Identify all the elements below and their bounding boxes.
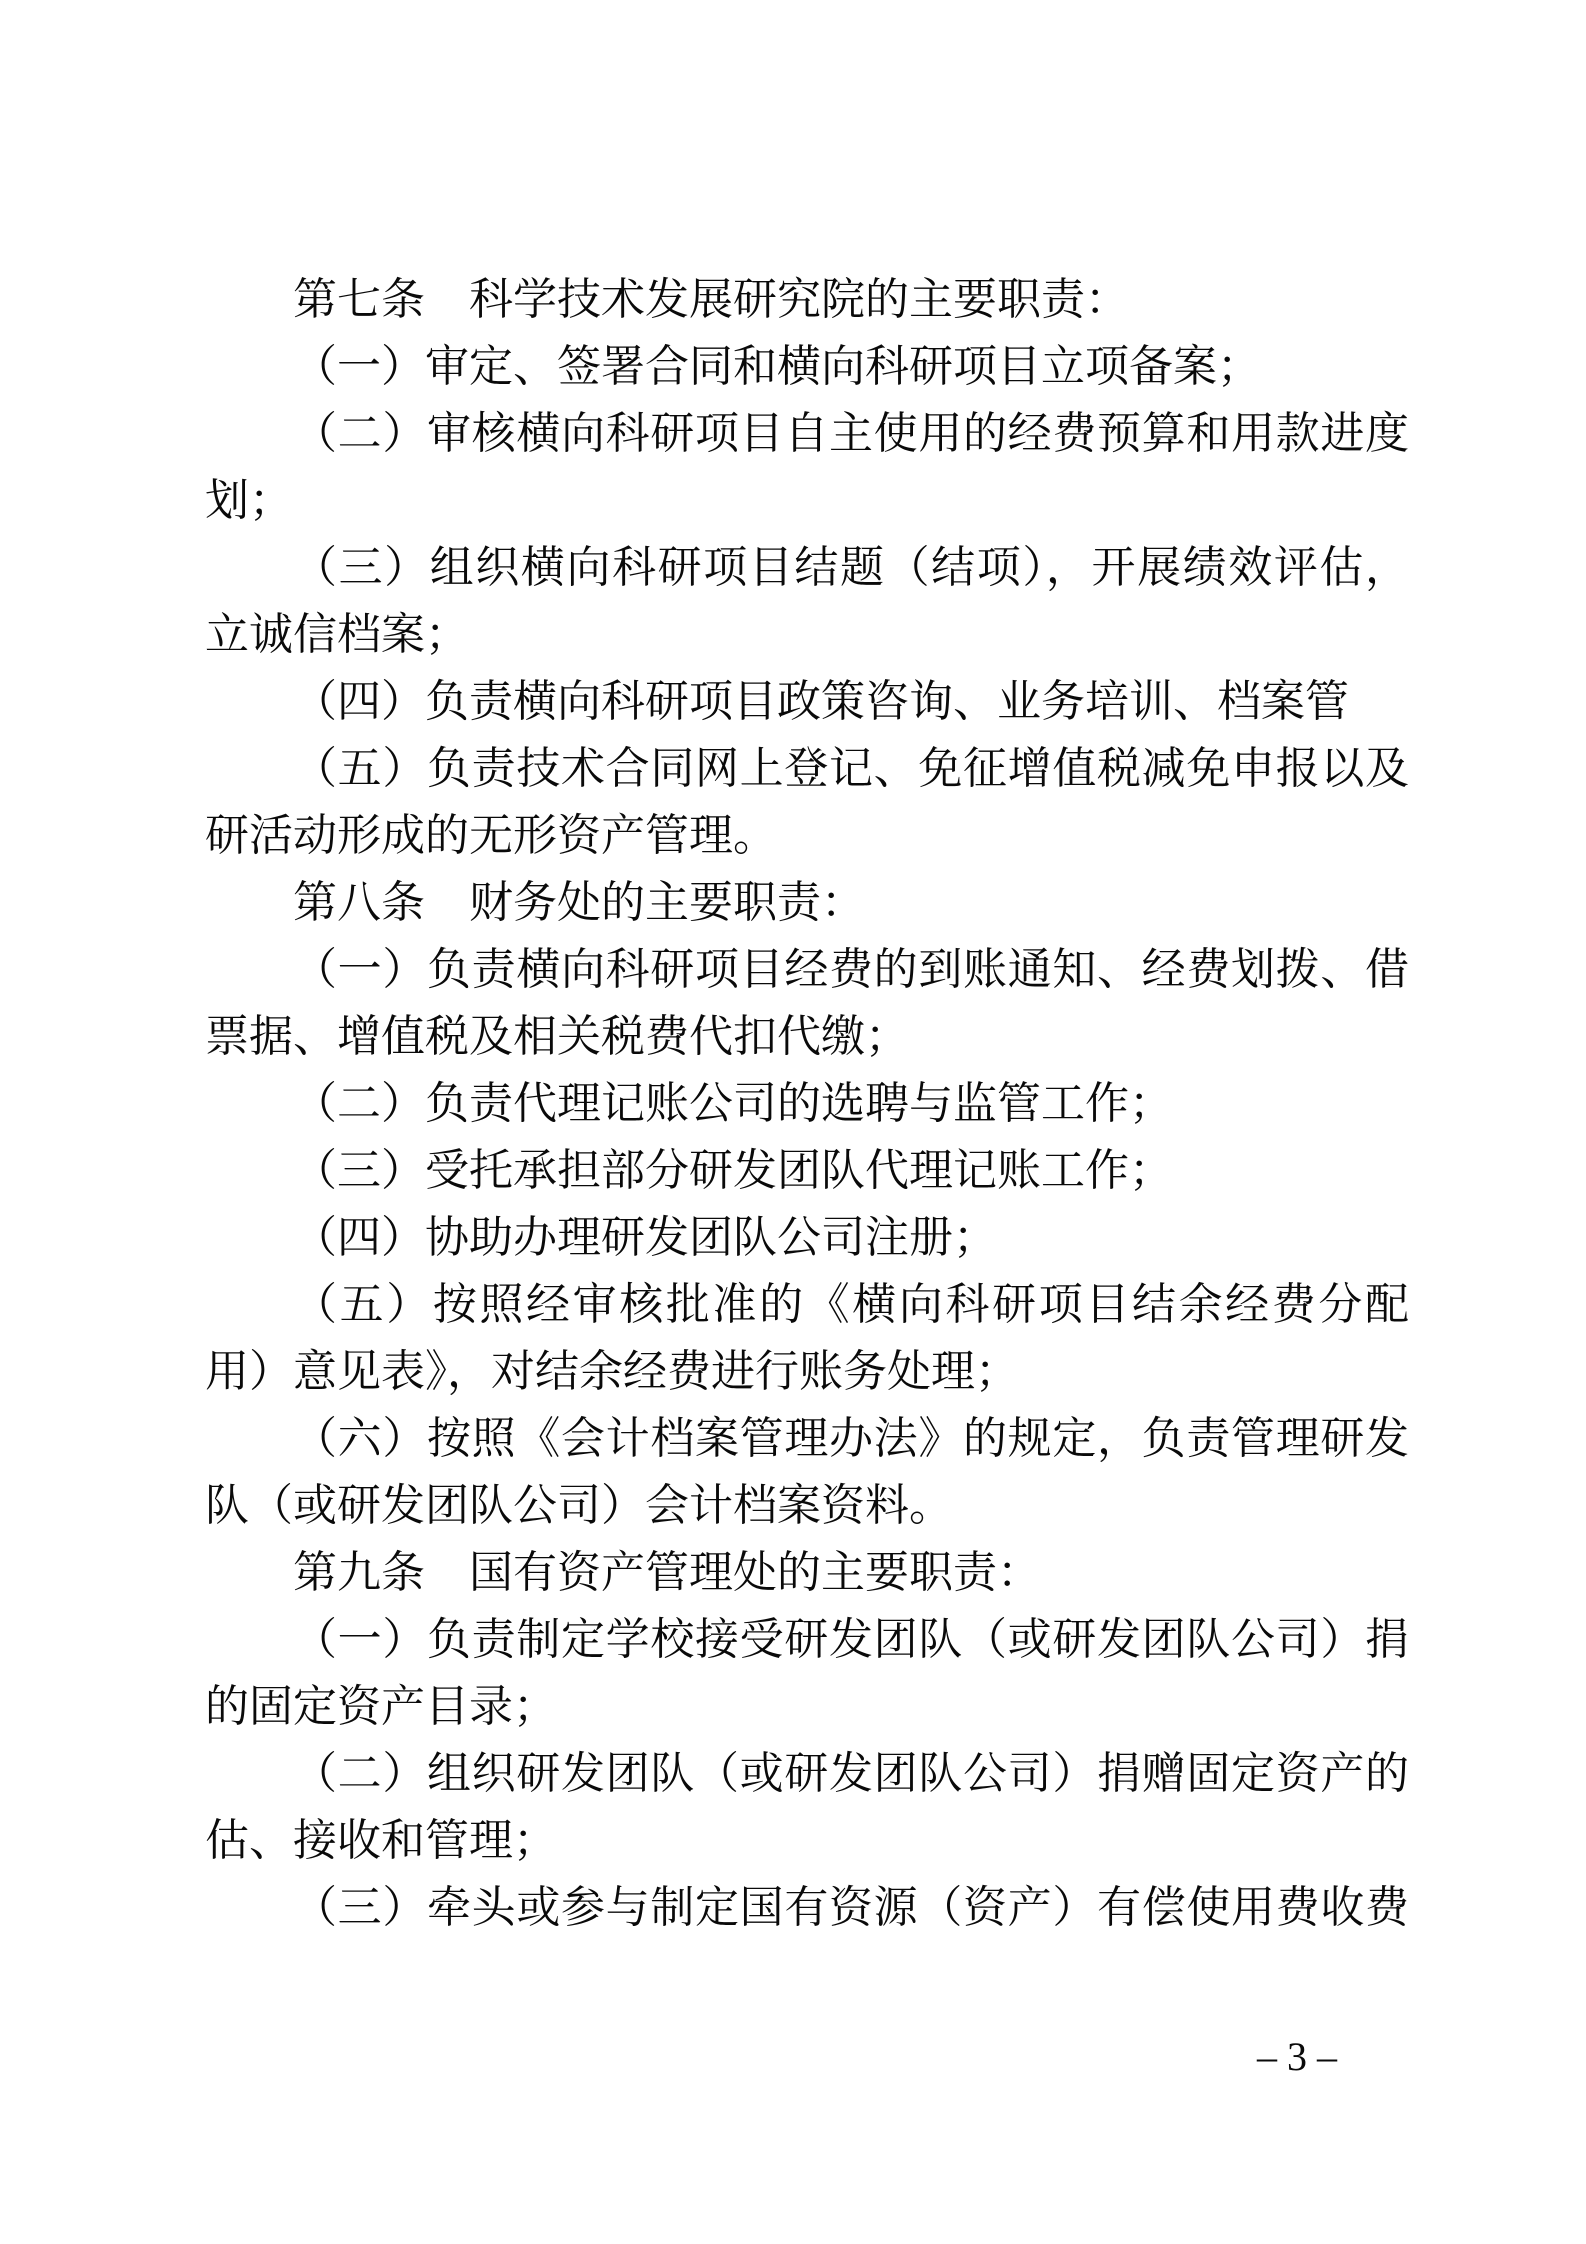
text-line: 票据、增值税及相关税费代扣代缴； <box>205 1003 1409 1070</box>
text-line: （二）审核横向科研项目自主使用的经费预算和用款进度计 <box>205 400 1409 467</box>
text-line: （五）负责技术合同网上登记、免征增值税减免申报以及科 <box>205 735 1409 802</box>
text-line-article9-heading: 第九条 国有资产管理处的主要职责： <box>205 1539 1409 1606</box>
text-line: 立诚信档案； <box>205 601 1409 668</box>
text-line: （二）组织研发团队（或研发团队公司）捐赠固定资产的评 <box>205 1740 1409 1807</box>
text-line: （二）负责代理记账公司的选聘与监管工作； <box>205 1070 1409 1137</box>
text-line: （三）受托承担部分研发团队代理记账工作； <box>205 1137 1409 1204</box>
text-line: （三）牵头或参与制定国有资源（资产）有偿使用费收费标 <box>205 1874 1409 1941</box>
document-page: 第七条 科学技术发展研究院的主要职责： （一）审定、签署合同和横向科研项目立项备… <box>0 0 1586 2244</box>
text-line: （一）审定、签署合同和横向科研项目立项备案； <box>205 333 1409 400</box>
text-line-article8-heading: 第八条 财务处的主要职责： <box>205 869 1409 936</box>
text-line: （六）按照《会计档案管理办法》的规定，负责管理研发团 <box>205 1405 1409 1472</box>
text-line: （一）负责横向科研项目经费的到账通知、经费划拨、借开 <box>205 936 1409 1003</box>
text-line: （四）协助办理研发团队公司注册； <box>205 1204 1409 1271</box>
text-line: （一）负责制定学校接受研发团队（或研发团队公司）捐赠 <box>205 1606 1409 1673</box>
text-line: 划； <box>205 467 1409 534</box>
text-line: 估、接收和管理； <box>205 1807 1409 1874</box>
text-line: （四）负责横向科研项目政策咨询、业务培训、档案管理； <box>205 668 1409 735</box>
text-line: 的固定资产目录； <box>205 1673 1409 1740</box>
text-line-article7-heading: 第七条 科学技术发展研究院的主要职责： <box>205 266 1409 333</box>
text-line: （五）按照经审核批准的《横向科研项目结余经费分配（使 <box>205 1271 1409 1338</box>
text-line: 研活动形成的无形资产管理。 <box>205 802 1409 869</box>
text-line: 用）意见表》，对结余经费进行账务处理； <box>205 1338 1409 1405</box>
text-line: （三）组织横向科研项目结题（结项），开展绩效评估，建 <box>205 534 1409 601</box>
document-body: 第七条 科学技术发展研究院的主要职责： （一）审定、签署合同和横向科研项目立项备… <box>205 266 1409 1941</box>
text-line: 队（或研发团队公司）会计档案资料。 <box>205 1472 1409 1539</box>
page-number: – 3 – <box>1227 2032 1367 2082</box>
